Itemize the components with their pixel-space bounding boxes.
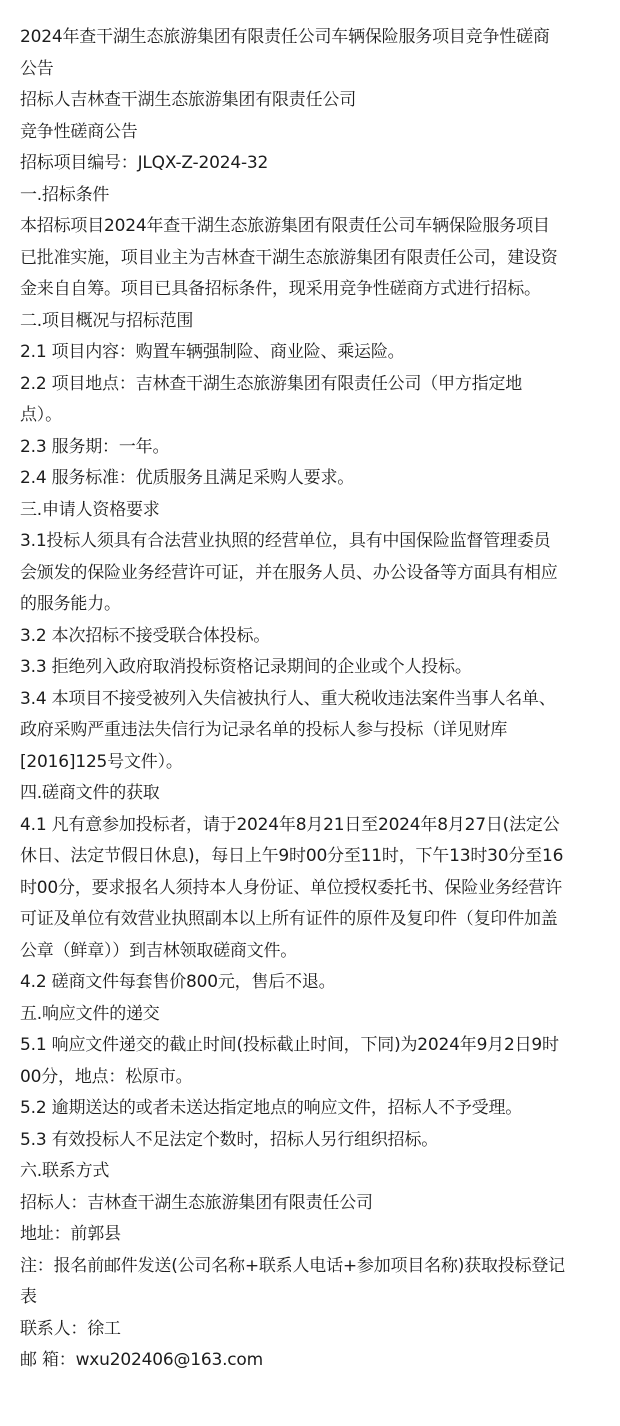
contact-email[interactable]: 邮 箱：wxu202406@163.com (20, 1345, 600, 1377)
section-heading: 四.磋商文件的获取 (20, 778, 600, 810)
paragraph-line: 的服务能力。 (20, 589, 600, 621)
paragraph-line: 金来自自筹。项目已具备招标条件，现采用竞争性磋商方式进行招标。 (20, 274, 600, 306)
paragraph-line: 2.2 项目地点：吉林查干湖生态旅游集团有限责任公司（甲方指定地 (20, 369, 600, 401)
paragraph-line: [2016]125号文件）。 (20, 747, 600, 779)
paragraph-line: 已批准实施，项目业主为吉林查干湖生态旅游集团有限责任公司，建设资 (20, 243, 600, 275)
section-heading: 一.招标条件 (20, 180, 600, 212)
section-contact-info: 六.联系方式 招标人：吉林查干湖生态旅游集团有限责任公司 地址：前郭县 注：报名… (20, 1156, 600, 1377)
paragraph-line: 可证及单位有效营业执照副本以上所有证件的原件及复印件（复印件加盖 (20, 904, 600, 936)
paragraph-line: 4.1 凡有意参加投标者，请于2024年8月21日至2024年8月27日(法定公 (20, 810, 600, 842)
section-document-acquisition: 四.磋商文件的获取 4.1 凡有意参加投标者，请于2024年8月21日至2024… (20, 778, 600, 999)
document-subtitle: 竞争性磋商公告 (20, 117, 600, 149)
tenderer-line: 招标人吉林查干湖生态旅游集团有限责任公司 (20, 85, 600, 117)
paragraph-line: 5.1 响应文件递交的截止时间(投标截止时间，下同)为2024年9月2日9时 (20, 1030, 600, 1062)
announcement-document: 2024年查干湖生态旅游集团有限责任公司车辆保险服务项目竞争性磋商 公告 招标人… (0, 0, 620, 1377)
section-heading: 六.联系方式 (20, 1156, 600, 1188)
paragraph-line: 会颁发的保险业务经营许可证，并在服务人员、办公设备等方面具有相应 (20, 558, 600, 590)
section-heading: 三.申请人资格要求 (20, 495, 600, 527)
paragraph-line: 00分，地点：松原市。 (20, 1062, 600, 1094)
paragraph-line: 3.2 本次招标不接受联合体投标。 (20, 621, 600, 653)
paragraph-line: 2.3 服务期：一年。 (20, 432, 600, 464)
section-tender-conditions: 一.招标条件 本招标项目2024年查干湖生态旅游集团有限责任公司车辆保险服务项目… (20, 180, 600, 306)
contact-tenderer: 招标人：吉林查干湖生态旅游集团有限责任公司 (20, 1188, 600, 1220)
paragraph-line: 3.4 本项目不接受被列入失信被执行人、重大税收违法案件当事人名单、 (20, 684, 600, 716)
paragraph-line: 休日、法定节假日休息)，每日上午9时00分至11时，下午13时30分至16 (20, 841, 600, 873)
section-applicant-qualifications: 三.申请人资格要求 3.1投标人须具有合法营业执照的经营单位，具有中国保险监督管… (20, 495, 600, 779)
paragraph-line: 4.2 磋商文件每套售价800元，售后不退。 (20, 967, 600, 999)
contact-note: 表 (20, 1282, 600, 1314)
contact-address: 地址：前郭县 (20, 1219, 600, 1251)
paragraph-line: 5.3 有效投标人不足法定个数时，招标人另行组织招标。 (20, 1125, 600, 1157)
paragraph-line: 公章（鲜章））到吉林领取磋商文件。 (20, 936, 600, 968)
paragraph-line: 时00分，要求报名人须持本人身份证、单位授权委托书、保险业务经营许 (20, 873, 600, 905)
section-response-submission: 五.响应文件的递交 5.1 响应文件递交的截止时间(投标截止时间，下同)为202… (20, 999, 600, 1157)
paragraph-line: 政府采购严重违法失信行为记录名单的投标人参与投标（详见财库 (20, 715, 600, 747)
paragraph-line: 点）。 (20, 400, 600, 432)
paragraph-line: 本招标项目2024年查干湖生态旅游集团有限责任公司车辆保险服务项目 (20, 211, 600, 243)
project-number: 招标项目编号：JLQX-Z-2024-32 (20, 148, 600, 180)
title-line: 2024年查干湖生态旅游集团有限责任公司车辆保险服务项目竞争性磋商 (20, 22, 600, 54)
paragraph-line: 3.3 拒绝列入政府取消投标资格记录期间的企业或个人投标。 (20, 652, 600, 684)
section-heading: 五.响应文件的递交 (20, 999, 600, 1031)
section-project-overview: 二.项目概况与招标范围 2.1 项目内容：购置车辆强制险、商业险、乘运险。 2.… (20, 306, 600, 495)
paragraph-line: 2.1 项目内容：购置车辆强制险、商业险、乘运险。 (20, 337, 600, 369)
paragraph-line: 2.4 服务标准：优质服务且满足采购人要求。 (20, 463, 600, 495)
title-line: 公告 (20, 54, 600, 86)
paragraph-line: 5.2 逾期送达的或者未送达指定地点的响应文件，招标人不予受理。 (20, 1093, 600, 1125)
document-title: 2024年查干湖生态旅游集团有限责任公司车辆保险服务项目竞争性磋商 公告 (20, 22, 600, 85)
paragraph-line: 3.1投标人须具有合法营业执照的经营单位，具有中国保险监督管理委员 (20, 526, 600, 558)
contact-person: 联系人：徐工 (20, 1314, 600, 1346)
section-heading: 二.项目概况与招标范围 (20, 306, 600, 338)
contact-note: 注：报名前邮件发送(公司名称+联系人电话+参加项目名称)获取投标登记 (20, 1251, 600, 1283)
